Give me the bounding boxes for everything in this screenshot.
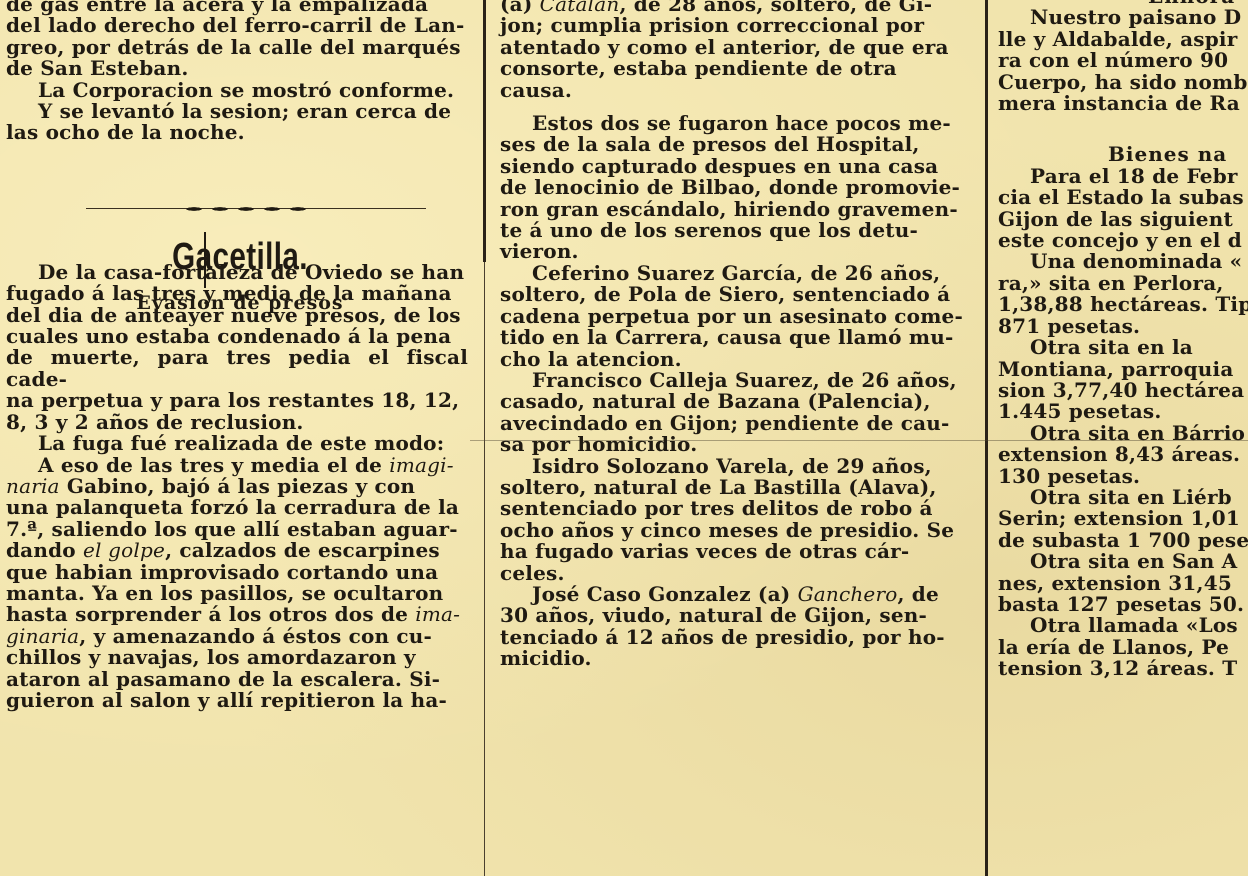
paragraph: A eso de las tres y media el de imagi- n…: [6, 455, 468, 712]
paragraph: Francisco Calleja Suarez, de 26 años, ca…: [500, 370, 968, 456]
paragraph: Para el 18 de Febr cia el Estado la suba…: [998, 166, 1248, 252]
paragraph: Nuestro paisano D lle y Aldabalde, aspir…: [998, 7, 1248, 114]
section-heading: Bienes na: [998, 144, 1248, 165]
paragraph: Otra sita en la Montiana, parroquia sion…: [998, 337, 1248, 423]
continued-paragraph: de gas entre la acera y la empalizada de…: [6, 0, 468, 80]
text-cursor: [204, 232, 206, 288]
paragraph: Otra sita en San A nes, extension 31,45 …: [998, 551, 1248, 615]
article-body: De la casa-fortaleza de Oviedo se han fu…: [6, 262, 468, 712]
article-headline: Evasion de presos: [0, 292, 480, 314]
column-rule-left: [483, 0, 486, 262]
right-column: Enhora Nuestro paisano D lle y Aldabalde…: [998, 0, 1248, 876]
paragraph: La fuga fué realizada de este modo:: [6, 433, 468, 454]
paragraph: Otra sita en Liérb Serin; extension 1,01…: [998, 487, 1248, 551]
column-rule-left-lower: [484, 262, 485, 876]
column-rule-right: [985, 0, 988, 876]
paragraph: Una denominada « ra,» sita en Perlora, 1…: [998, 251, 1248, 337]
paragraph: Estos dos se fugaron hace pocos me- ses …: [500, 113, 968, 263]
paragraph: Otra llamada «Los la ería de Llanos, Pe …: [998, 615, 1248, 679]
paragraph: José Caso Gonzalez (a) Ganchero, de 30 a…: [500, 584, 968, 670]
left-column: de gas entre la acera y la empalizada de…: [6, 0, 468, 876]
paragraph: La Corporacion se mostró conforme.: [6, 80, 468, 101]
paragraph: Isidro Solozano Varela, de 29 años, solt…: [500, 456, 968, 584]
section-title: Gacetilla.: [53, 236, 427, 279]
section-divider-ornament: [86, 206, 426, 212]
middle-column: (a) Catalan, de 28 años, soltero, de Gi-…: [500, 0, 968, 876]
paragraph: Otra sita en Bárrio extension 8,43 áreas…: [998, 423, 1248, 487]
paragraph: Ceferino Suarez García, de 26 años, solt…: [500, 263, 968, 370]
paragraph: De la casa-fortaleza de Oviedo se han fu…: [6, 262, 468, 433]
paragraph: Y se levantó la sesion; eran cerca de la…: [6, 101, 468, 144]
paragraph: (a) Catalan, de 28 años, soltero, de Gi-…: [500, 0, 968, 101]
